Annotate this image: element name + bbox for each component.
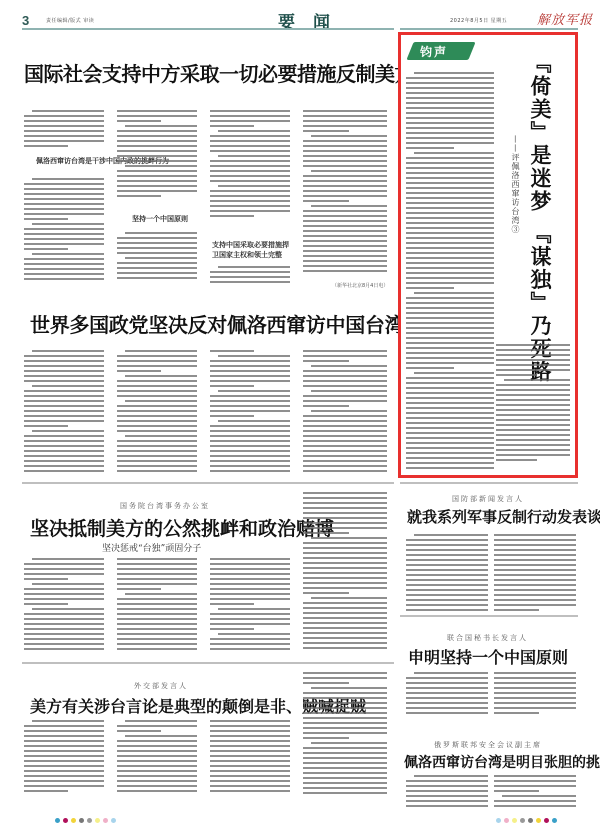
right1-kicker: 国防部新闻发言人 bbox=[452, 494, 524, 504]
right3-headline: 佩洛西窜访台湾是明目张胆的挑衅 bbox=[404, 752, 600, 772]
right1-col-1 bbox=[406, 534, 488, 614]
second-col-3 bbox=[210, 350, 290, 476]
lead-subhead-3: 支持中国采取必要措施捍卫国家主权和领土完整 bbox=[212, 240, 292, 260]
color-dot bbox=[111, 818, 116, 823]
third-col-3 bbox=[210, 558, 290, 653]
color-dot bbox=[496, 818, 501, 823]
color-dot bbox=[63, 818, 68, 823]
color-dot bbox=[544, 818, 549, 823]
third-kicker: 国务院台湾事务办公室 bbox=[120, 501, 210, 511]
color-dot bbox=[552, 818, 557, 823]
color-dot bbox=[528, 818, 533, 823]
fourth-col-4 bbox=[303, 672, 387, 798]
color-dot bbox=[55, 818, 60, 823]
right3-kicker: 俄罗斯联邦安全会议副主席 bbox=[434, 740, 542, 750]
lead-col-3-bottom bbox=[210, 266, 290, 290]
lead-col-2-bottom bbox=[117, 232, 197, 288]
fourth-kicker: 外交部发言人 bbox=[134, 681, 188, 691]
page-number: 3 bbox=[22, 13, 29, 28]
color-dot bbox=[103, 818, 108, 823]
fourth-col-1 bbox=[24, 720, 104, 798]
color-dot bbox=[95, 818, 100, 823]
commentary-title: 『倚美』是迷梦 『谋独』乃死路 bbox=[528, 52, 552, 383]
color-dot bbox=[87, 818, 92, 823]
second-headline: 世界多国政党坚决反对佩洛西窜访中国台湾地区 bbox=[30, 309, 444, 338]
lead-source: （新华社北京8月4日电） bbox=[332, 282, 388, 289]
right1-headline: 就我系列军事反制行动发表谈话 bbox=[407, 506, 600, 527]
lead-subhead-2: 坚持一个中国原则 bbox=[132, 214, 188, 224]
right2-headline: 申明坚持一个中国原则 bbox=[408, 645, 568, 668]
page-editor-line: 责任编辑/版式 审读 bbox=[46, 17, 94, 24]
second-col-2 bbox=[117, 350, 197, 476]
lead-col-1-bottom bbox=[24, 178, 104, 288]
right2-col-1 bbox=[406, 672, 488, 720]
third-col-1 bbox=[24, 558, 104, 653]
third-col-4 bbox=[303, 492, 387, 654]
second-col-4 bbox=[303, 350, 387, 476]
third-subtitle: 坚决惩戒“台独”顽固分子 bbox=[102, 541, 201, 554]
top-rule-right bbox=[400, 28, 578, 30]
divider-right-2 bbox=[400, 615, 578, 617]
fourth-col-3 bbox=[210, 720, 290, 798]
color-dot bbox=[536, 818, 541, 823]
date-line: 2022年8月5日 星期五 bbox=[450, 17, 507, 24]
print-color-marks-left bbox=[55, 818, 116, 823]
lead-col-3-top bbox=[210, 110, 290, 240]
color-dot bbox=[79, 818, 84, 823]
commentary-subtitle: ——评佩洛西窜访台湾③ bbox=[510, 135, 521, 234]
lead-col-4 bbox=[303, 110, 387, 278]
color-dot bbox=[520, 818, 525, 823]
right3-col-1 bbox=[406, 775, 488, 810]
third-col-2 bbox=[117, 558, 197, 653]
commentary-col-1 bbox=[406, 72, 494, 470]
color-dot bbox=[71, 818, 76, 823]
newspaper-logo: 解放军报 bbox=[537, 9, 593, 28]
right1-col-2 bbox=[494, 534, 576, 614]
commentary-tag-label: 钧声 bbox=[420, 43, 448, 60]
right3-col-2 bbox=[494, 775, 576, 810]
color-dot bbox=[504, 818, 509, 823]
divider-right bbox=[400, 482, 578, 484]
fourth-col-2 bbox=[117, 720, 197, 798]
commentary-col-2 bbox=[496, 344, 570, 470]
right2-col-2 bbox=[494, 672, 576, 720]
third-headline: 坚决抵制美方的公然挑衅和政治赌博 bbox=[30, 514, 334, 541]
lead-col-1-top bbox=[24, 110, 104, 155]
divider bbox=[22, 482, 394, 484]
print-color-marks-right bbox=[496, 818, 557, 823]
right2-kicker: 联合国秘书长发言人 bbox=[447, 633, 528, 643]
color-dot bbox=[512, 818, 517, 823]
lead-col-2-top bbox=[117, 110, 197, 210]
divider-2 bbox=[22, 662, 394, 664]
second-col-1 bbox=[24, 350, 104, 476]
top-rule bbox=[22, 28, 394, 30]
